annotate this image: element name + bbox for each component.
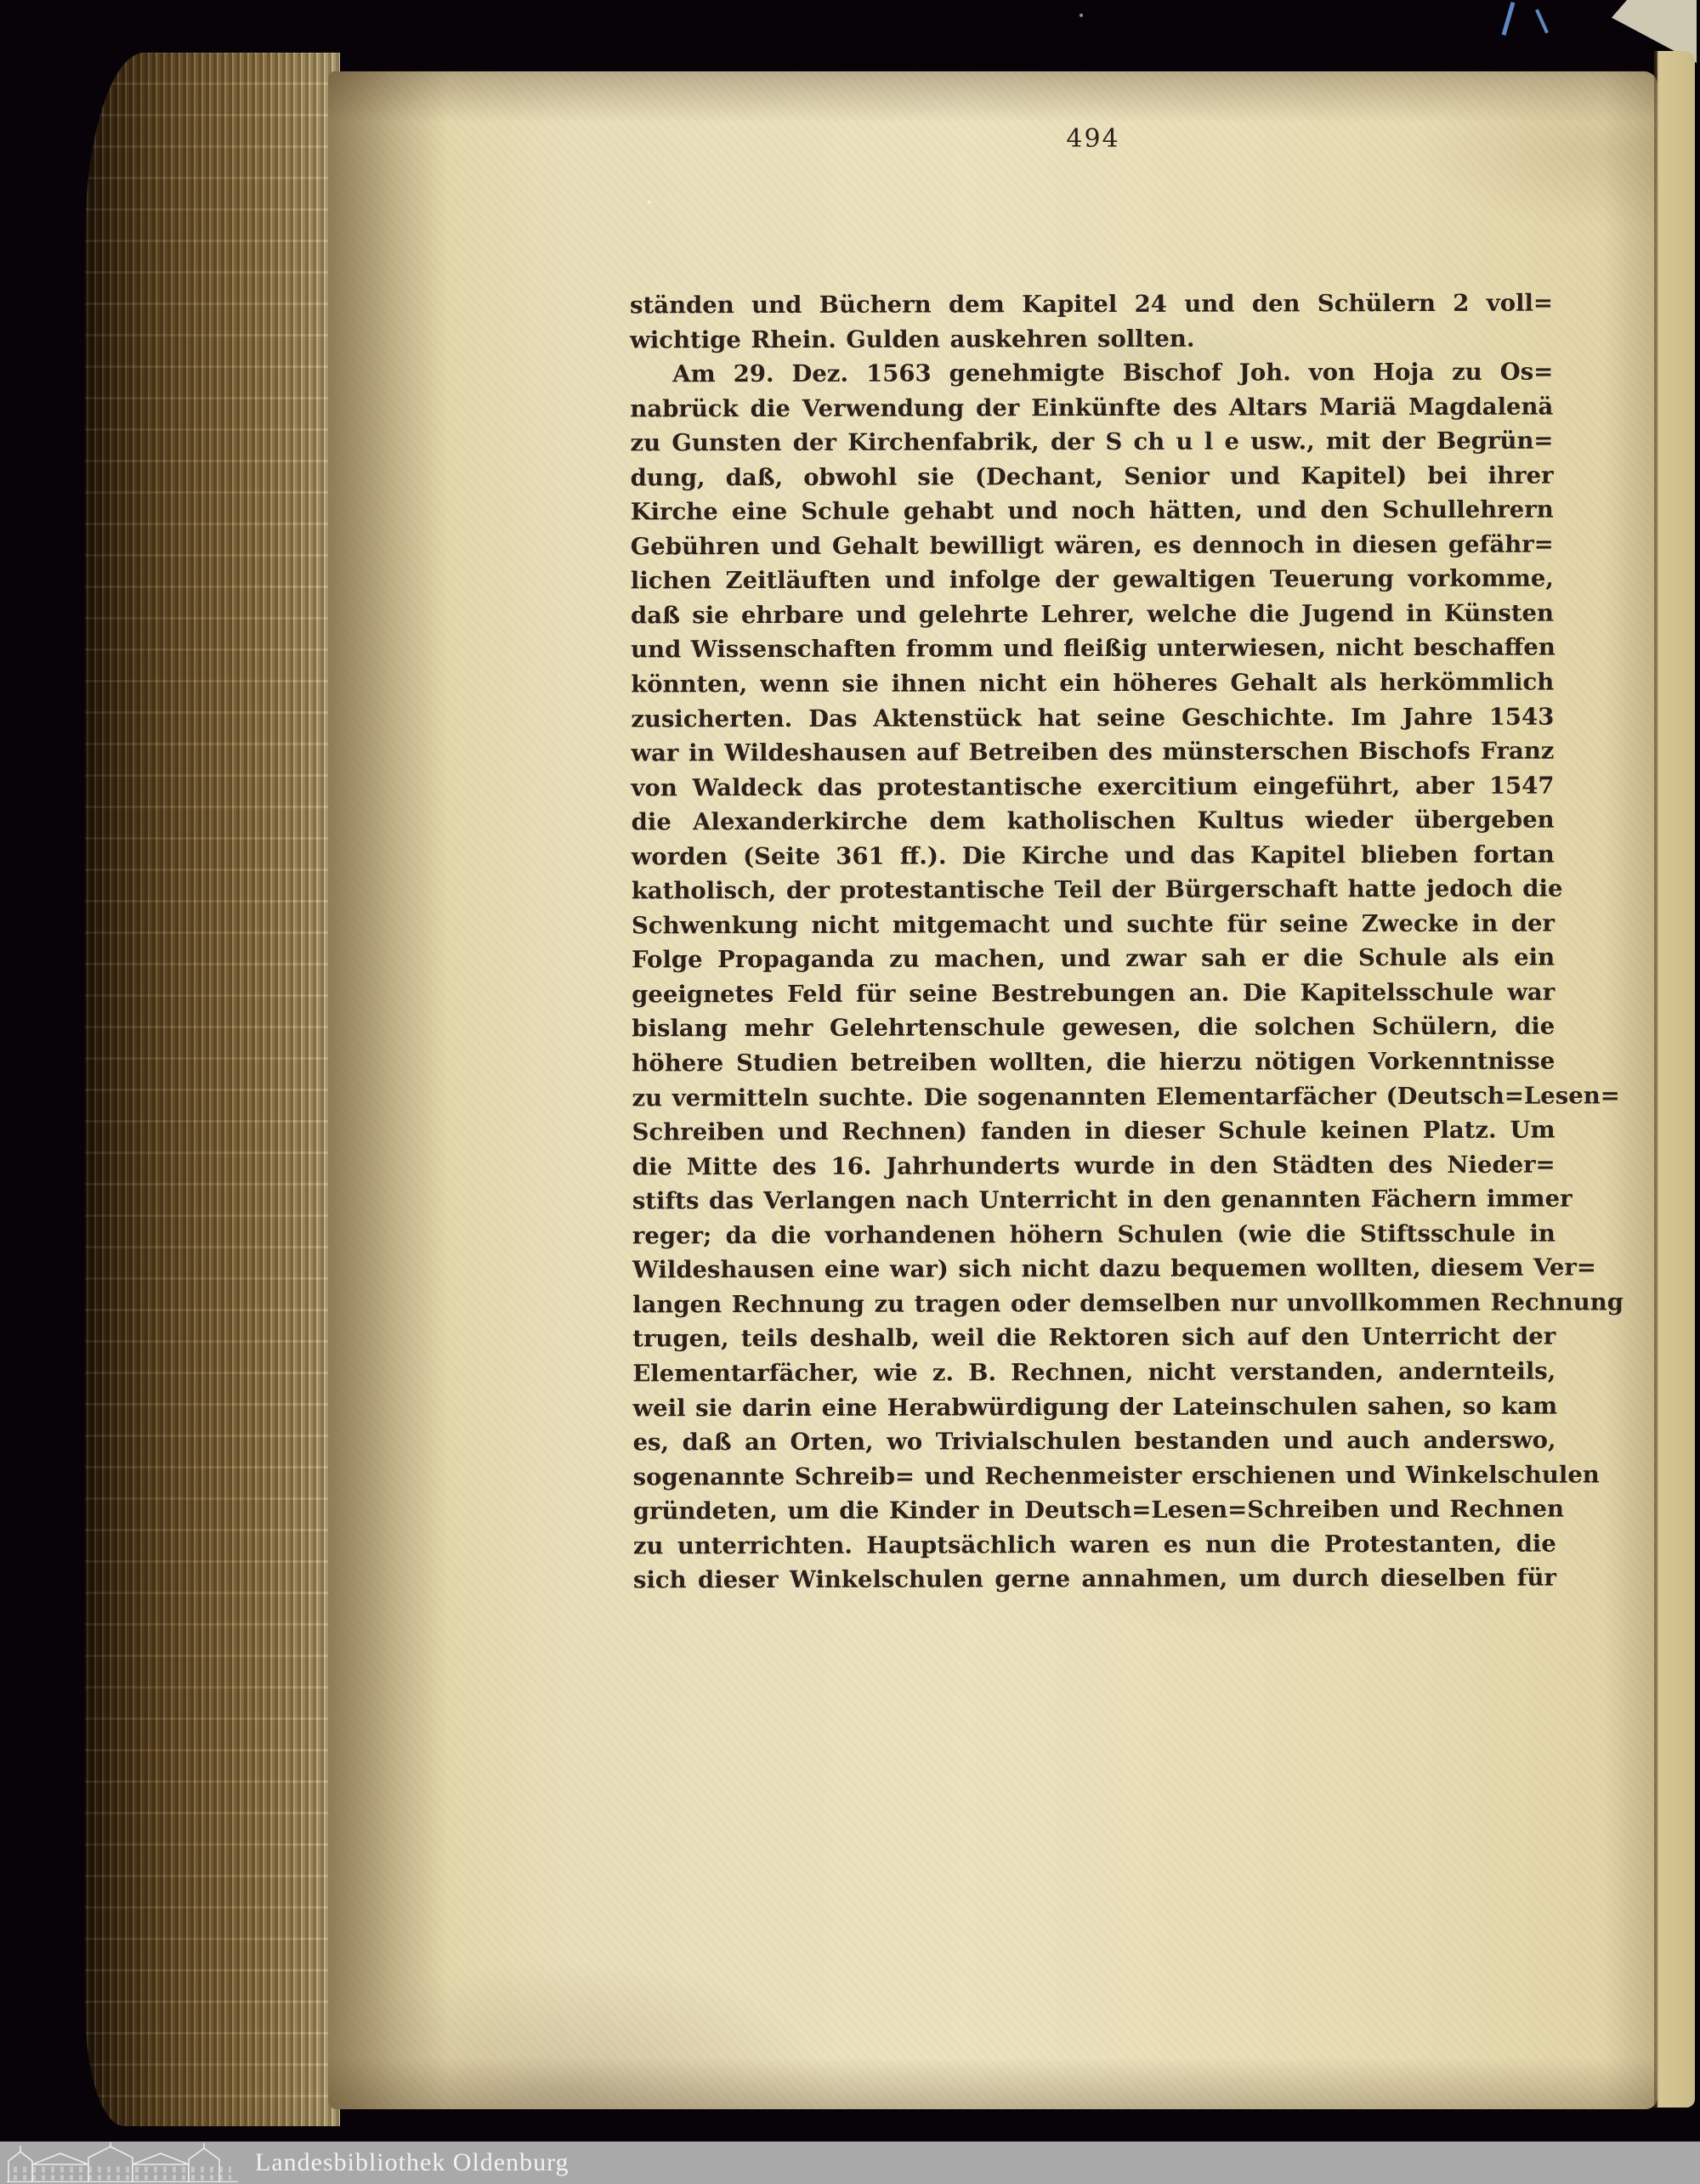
page-stack-edge (85, 53, 340, 2126)
text-line: Folge Propaganda zu machen, und zwar sah… (632, 941, 1555, 977)
scanned-book-photo: 494 ständen und Büchern dem Kapitel 24 u… (0, 0, 1700, 2184)
dust-speck (648, 201, 651, 204)
library-building-icon (7, 2142, 238, 2184)
text-line: höhere Studien betreiben wollten, die hi… (632, 1044, 1555, 1081)
text-line: Am 29. Dez. 1563 genehmigte Bischof Joh.… (630, 355, 1553, 392)
blue-ink-mark (1502, 2, 1516, 36)
text-line: zu Gunsten der Kirchenfabrik, der S ch u… (630, 424, 1553, 461)
text-line: wichtige Rhein. Gulden auskehren sollten… (630, 320, 1553, 357)
text-line: dung, daß, obwohl sie (Dechant, Senior u… (631, 458, 1554, 495)
text-line: von Waldeck das protestantische exerciti… (631, 768, 1554, 805)
text-line: sich dieser Winkelschulen gerne annahmen… (633, 1561, 1556, 1598)
text-line: Kirche eine Schule gehabt und noch hätte… (631, 493, 1554, 529)
text-line: daß sie ehrbare und gelehrte Lehrer, wel… (631, 597, 1554, 633)
text-line: zusicherten. Das Aktenstück hat seine Ge… (631, 699, 1554, 736)
text-line: Gebühren und Gehalt bewilligt wären, es … (631, 527, 1554, 563)
text-line: die Mitte des 16. Jahrhunderts wurde in … (632, 1147, 1555, 1184)
text-line: katholisch, der protestantische Teil der… (632, 872, 1555, 908)
text-line: bislang mehr Gelehrtenschule gewesen, di… (632, 1010, 1555, 1046)
text-line: worden (Seite 361 ff.). Die Kirche und d… (632, 837, 1555, 874)
text-line: sogenannte Schreib= und Rechenmeister er… (633, 1457, 1556, 1494)
text-line: Schreiben und Rechnen) fanden in dieser … (632, 1113, 1555, 1150)
library-name-label: Landesbibliothek Oldenburg (255, 2142, 569, 2184)
next-page-edge (1654, 51, 1695, 2108)
page-number: 494 (632, 124, 1555, 154)
text-line: und Wissenschaften fromm und fleißig unt… (631, 631, 1554, 667)
text-line: ständen und Büchern dem Kapitel 24 und d… (630, 286, 1553, 323)
text-line: Schwenkung nicht mitgemacht und suchte f… (632, 906, 1555, 942)
dust-speck (1079, 14, 1083, 17)
text-line: die Alexanderkirche dem katholischen Kul… (632, 803, 1555, 840)
text-line: zu vermitteln suchte. Die sogenannten El… (632, 1078, 1555, 1115)
text-line: zu unterrichten. Hauptsächlich waren es … (633, 1526, 1556, 1563)
text-block: ständen und Büchern dem Kapitel 24 und d… (630, 286, 1556, 1598)
text-line: könnten, wenn sie ihnen nicht ein höhere… (631, 665, 1554, 702)
text-line: stifts das Verlangen nach Unterricht in … (632, 1182, 1555, 1219)
text-line: reger; da die vorhandenen höhern Schulen… (632, 1216, 1555, 1253)
text-line: Wildeshausen eine war) sich nicht dazu b… (632, 1251, 1555, 1287)
text-line: nabrück die Verwendung der Einkünfte des… (630, 389, 1553, 426)
text-line: langen Rechnung zu tragen oder demselben… (632, 1285, 1555, 1321)
text-line: war in Wildeshausen auf Betreiben des mü… (631, 734, 1554, 771)
text-line: trugen, teils deshalb, weil die Rektoren… (632, 1320, 1555, 1356)
text-line: es, daß an Orten, wo Trivialschulen best… (632, 1423, 1555, 1460)
blue-ink-mark (1535, 8, 1549, 33)
text-line: gründeten, um die Kinder in Deutsch=Lese… (633, 1492, 1556, 1529)
text-line: geeignetes Feld für seine Bestrebungen a… (632, 976, 1555, 1012)
text-line: lichen Zeitläuften und infolge der gewal… (631, 562, 1554, 598)
text-line: weil sie darin eine Herabwürdigung der L… (632, 1389, 1555, 1425)
text-line: Elementarfächer, wie z. B. Rechnen, nich… (632, 1355, 1555, 1391)
